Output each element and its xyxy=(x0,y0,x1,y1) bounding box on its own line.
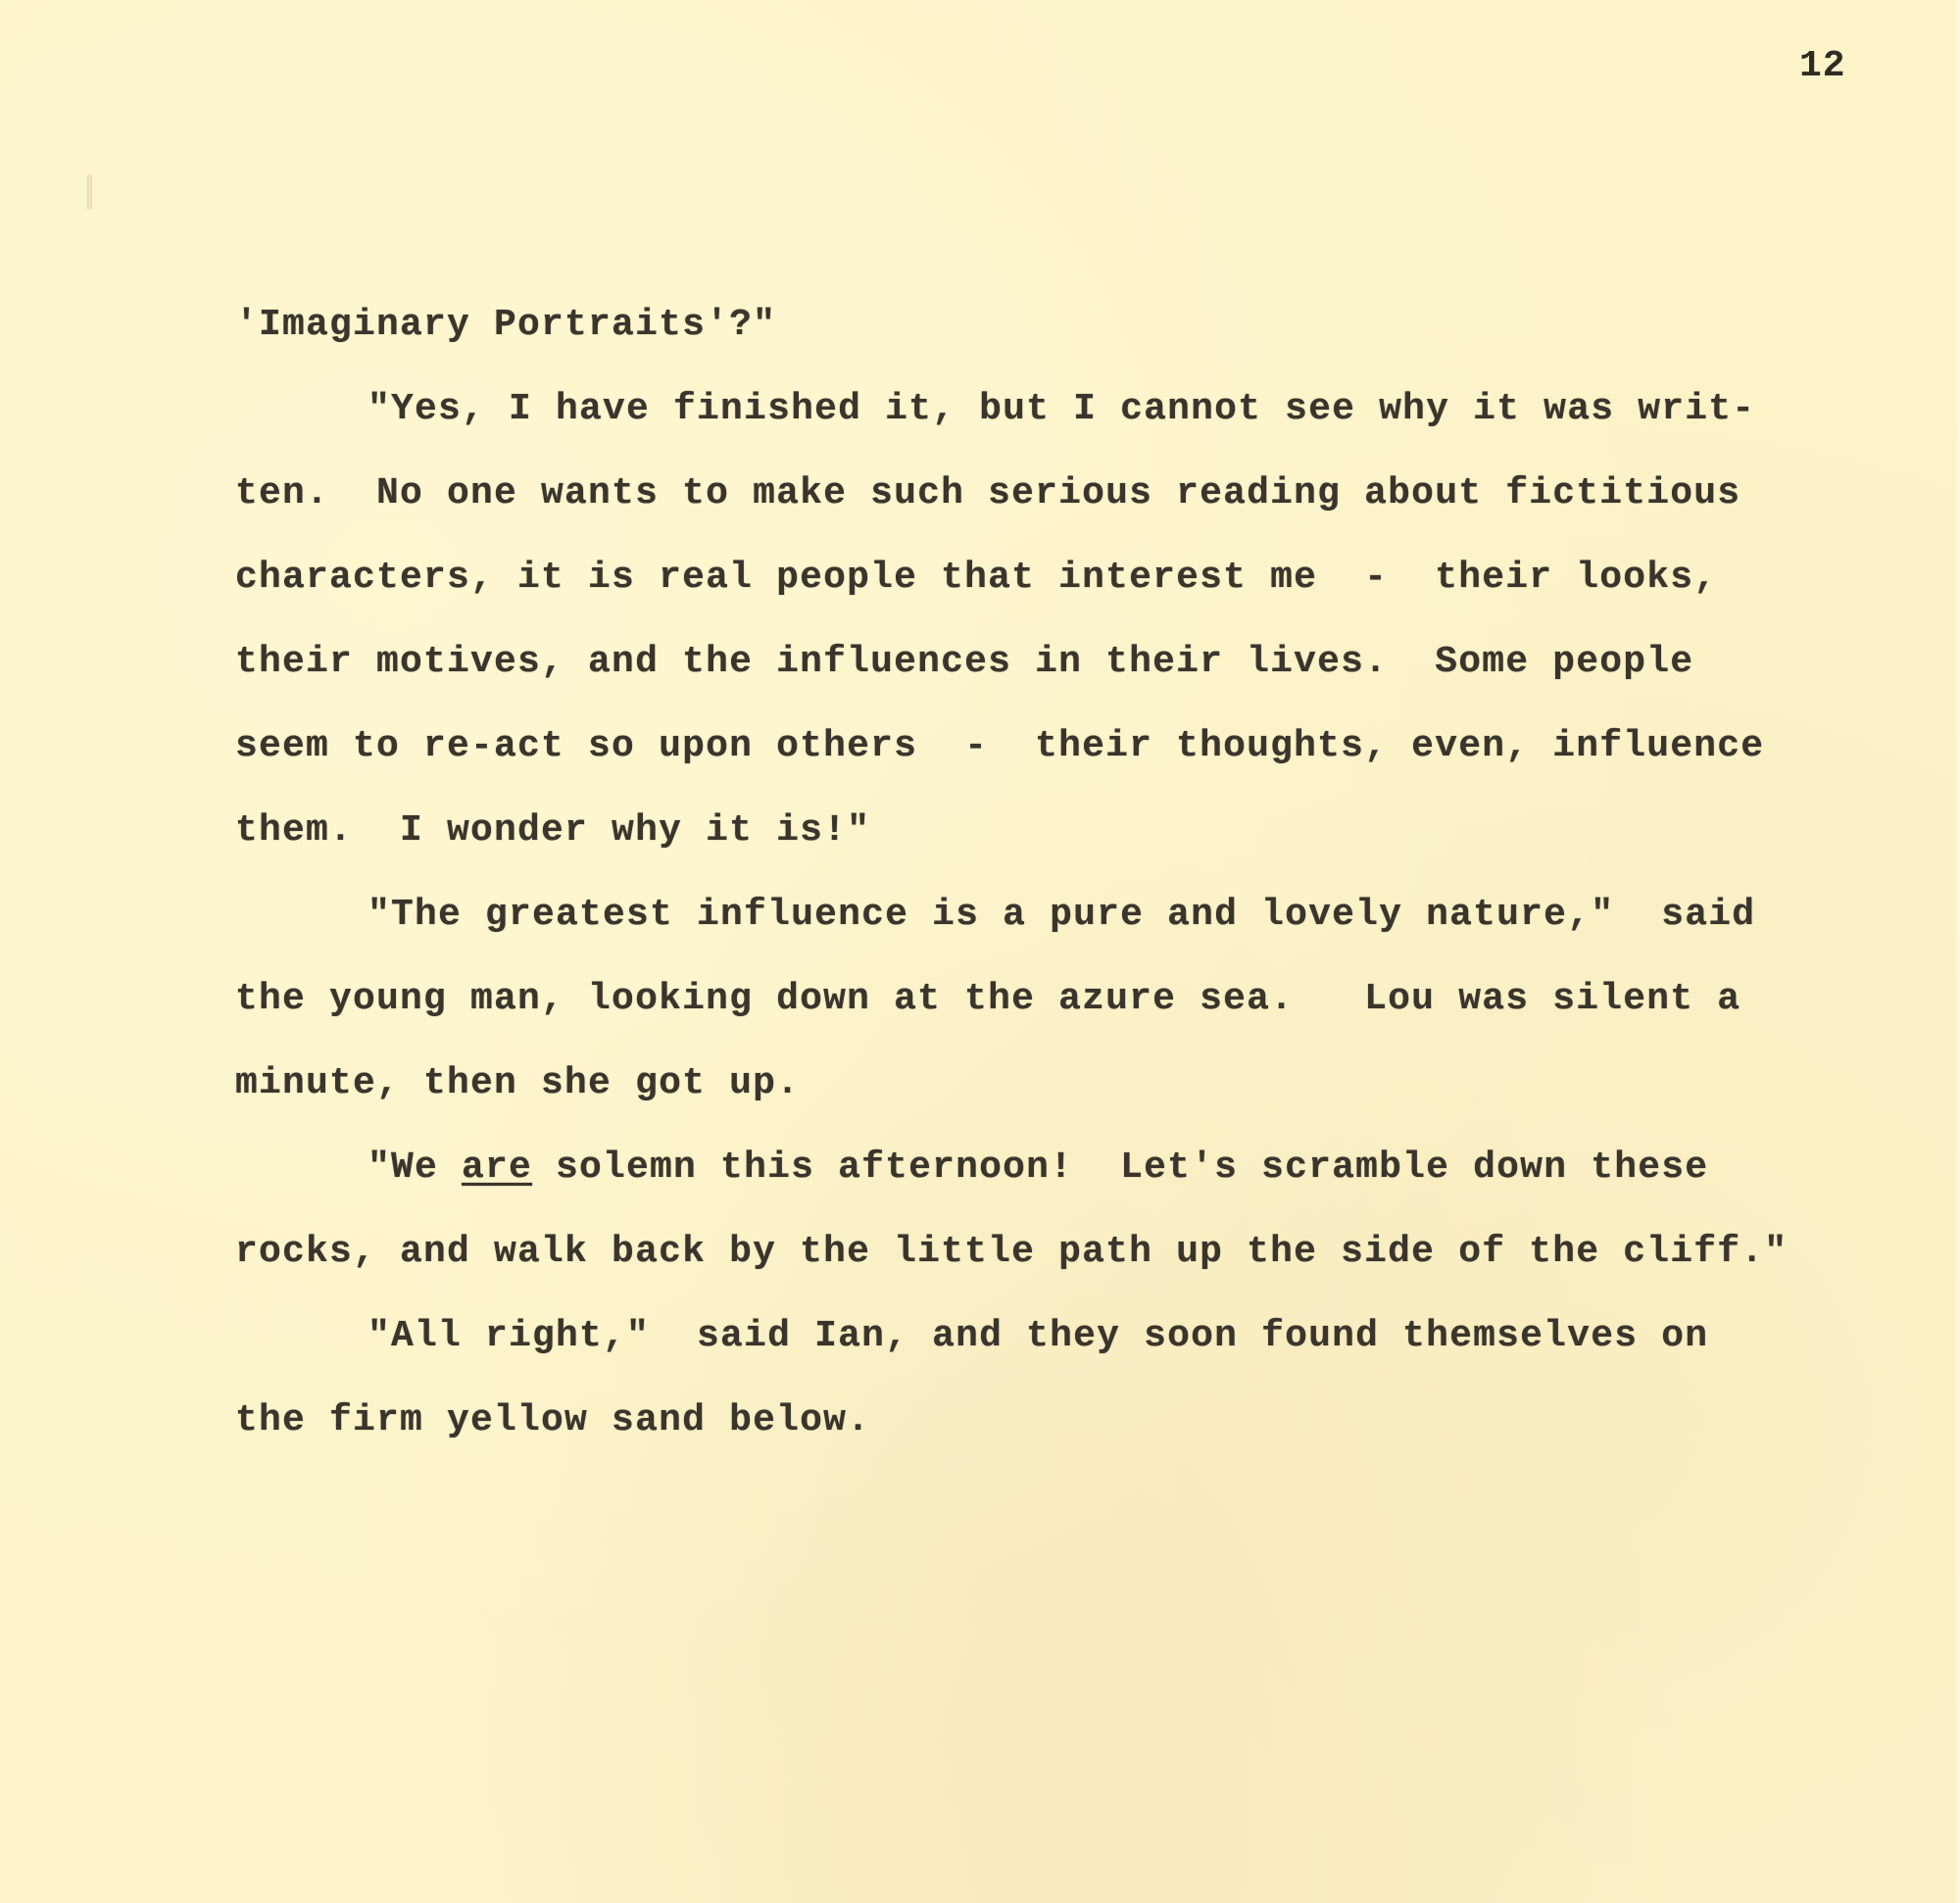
paper-blemish xyxy=(87,174,92,210)
text-line: "All right," said Ian, and they soon fou… xyxy=(367,1315,1708,1357)
text-line: "We are solemn this afternoon! Let's scr… xyxy=(367,1147,1708,1189)
paper-background xyxy=(0,0,1960,1903)
text-line: 'Imaginary Portraits'?" xyxy=(235,304,776,346)
text-line: their motives, and the influences in the… xyxy=(235,641,1693,683)
text-line: seem to re-act so upon others - their th… xyxy=(235,725,1764,767)
text-line: "The greatest influence is a pure and lo… xyxy=(367,894,1755,936)
text-segment: "We xyxy=(367,1147,462,1189)
text-line: them. I wonder why it is!" xyxy=(235,809,870,852)
page-number: 12 xyxy=(1799,45,1846,87)
text-segment: solemn this afternoon! Let's scramble do… xyxy=(532,1147,1708,1189)
text-line: the young man, looking down at the azure… xyxy=(235,978,1740,1020)
text-line: ten. No one wants to make such serious r… xyxy=(235,472,1740,514)
text-line: characters, it is real people that inter… xyxy=(235,557,1717,599)
text-line: minute, then she got up. xyxy=(235,1062,800,1104)
text-line: "Yes, I have finished it, but I cannot s… xyxy=(367,388,1755,430)
text-line: rocks, and walk back by the little path … xyxy=(235,1231,1788,1273)
underlined-word: are xyxy=(462,1147,532,1189)
text-line: the firm yellow sand below. xyxy=(235,1399,870,1441)
page-edge xyxy=(1954,0,1960,1903)
